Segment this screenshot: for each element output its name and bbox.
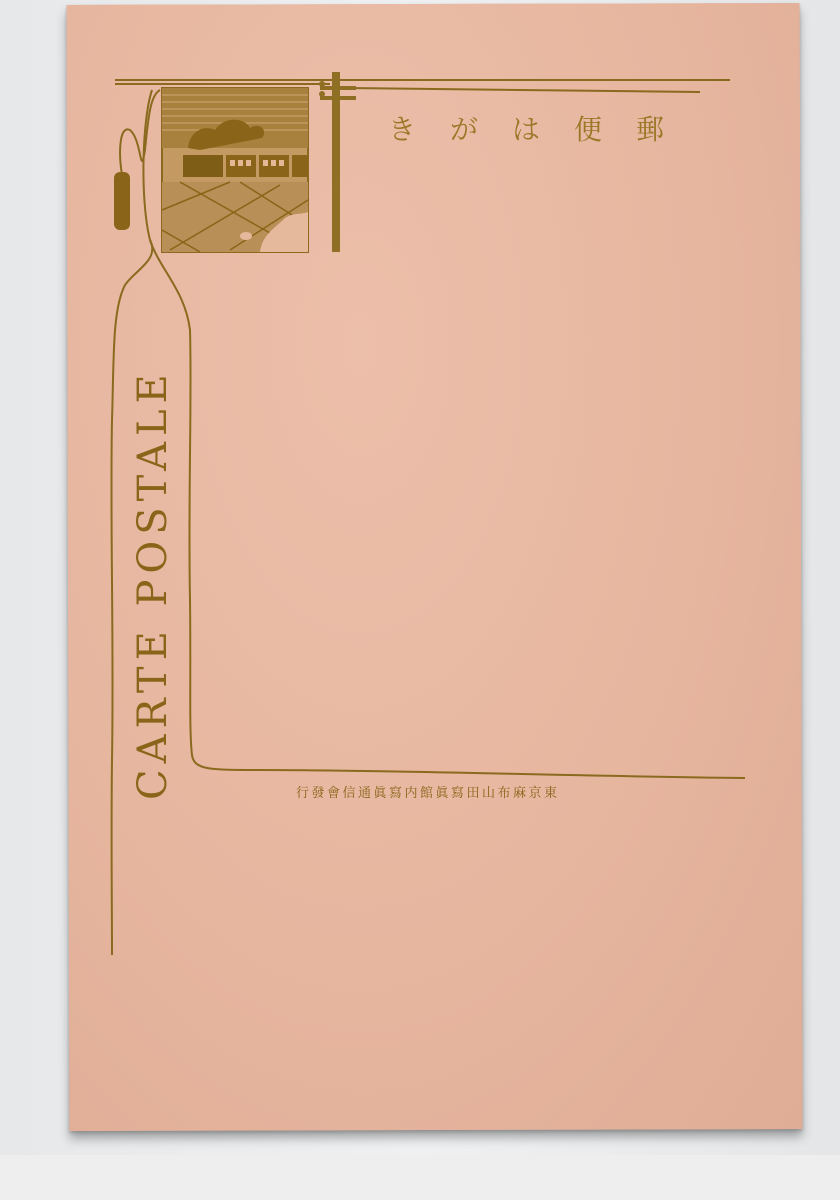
telegraph-pole-icon [319, 72, 356, 252]
train-illustration-icon [162, 88, 308, 252]
tassel-icon [114, 90, 160, 230]
publisher-line: 東京麻布山田寫眞館内寫眞通信會發行 [296, 782, 560, 801]
postcard-line-art [0, 0, 840, 1200]
postcard-heading-japanese: 郵便はがき [388, 108, 698, 148]
carte-postale-title: CARTE POSTALE [130, 368, 176, 800]
